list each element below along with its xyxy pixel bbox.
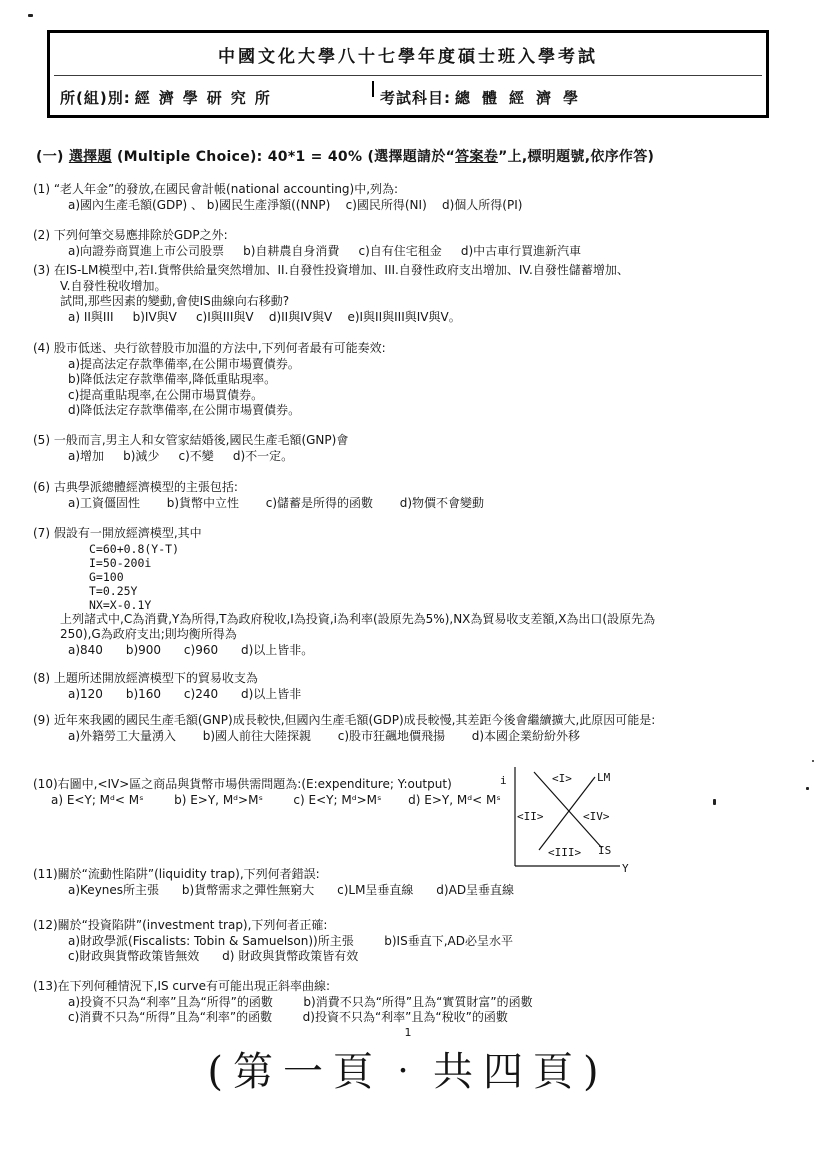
question-3-options: a) II與III b)IV與V c)I與III與V d)II與IV與V e)I… [33,310,791,326]
question-4-stem: (4) 股市低迷、央行欲替股市加溫的方法中,下列何者最有可能奏效: [33,341,791,357]
question-7: (7) 假設有一開放經濟模型,其中 C=60+0.8(Y-T) I=50-200… [33,526,791,658]
question-5-options: a)增加 b)減少 c)不變 d)不一定。 [33,449,791,465]
question-6-options: a)工資僵固性 b)貨幣中立性 c)儲蓄是所得的函數 d)物價不會變動 [33,496,791,512]
question-12-options-row2: c)財政與貨幣政策皆無效 d) 財政與貨幣政策皆有效 [33,949,791,965]
question-10: (10)右圖中,<IV>區之商品與貨幣市場供需問題為:(E:expenditur… [33,777,503,808]
question-11: (11)關於“流動性陷阱”(liquidity trap),下列何者錯誤: a)… [33,867,791,898]
question-7-equation-investment: I=50-200i [33,556,791,570]
question-5: (5) 一般而言,男主人和女管家結婚後,國民生產毛額(GNP)會 a)增加 b)… [33,433,791,464]
region-4-label: <IV> [583,810,610,823]
page-footer: (第一頁‧共四頁) [0,1040,816,1097]
question-7-equation-government: G=100 [33,570,791,584]
question-9-options: a)外籍勞工大量湧入 b)國人前往大陸探親 c)股市狂飆地價飛揚 d)本國企業紛… [33,729,791,745]
question-7-options: a)840 b)900 c)960 d)以上皆非。 [33,643,791,659]
scan-speck [812,760,814,762]
exam-header-box: 中國文化大學八十七學年度碩士班入學考試 所(組)別:經濟學研究所 考試科目:總體… [47,30,769,118]
question-2: (2) 下列何筆交易應排除於GDP之外: a)向證券商買進上市公司股票 b)自耕… [33,228,791,259]
question-4-option-b: b)降低法定存款準備率,降低重貼現率。 [33,372,791,388]
question-9: (9) 近年來我國的國民生產毛額(GNP)成長較快,但國內生產毛額(GDP)成長… [33,713,791,744]
question-7-equation-consumption: C=60+0.8(Y-T) [33,542,791,556]
answer-sheet-underline: 答案卷 [455,149,498,165]
question-7-note: 上列諸式中,C為消費,Y為所得,T為政府稅收,I為投資,i為利率(設原先為5%)… [33,612,791,628]
question-7-equation-netexports: NX=X-0.1Y [33,598,791,612]
header-vertical-separator [372,81,374,97]
region-2-label: <II> [517,810,544,823]
axis-i-label: i [500,774,507,787]
question-1: (1) “老人年金”的發放,在國民會計帳(national accounting… [33,182,791,213]
question-8-stem: (8) 上題所述開放經濟模型下的貿易收支為 [33,671,791,687]
subject-label: 考試科目: [380,89,451,107]
question-8: (8) 上題所述開放經濟模型下的貿易收支為 a)120 b)160 c)240 … [33,671,791,702]
department-value: 經濟學研究所 [131,89,279,107]
question-7-equation-tax: T=0.25Y [33,584,791,598]
is-curve-label: IS [598,844,611,857]
scan-speck [28,14,33,17]
question-7-note-continued: 250),G為政府支出;則均衡所得為 [33,627,791,643]
question-8-options: a)120 b)160 c)240 d)以上皆非 [33,687,791,703]
question-4: (4) 股市低迷、央行欲替股市加溫的方法中,下列何者最有可能奏效: a)提高法定… [33,341,791,419]
question-13-options-row2: c)消費不只為“所得”且為“利率”的函數 d)投資不只為“利率”且為“稅收”的函… [33,1010,791,1026]
question-3: (3) 在IS-LM模型中,若I.貨幣供給量突然增加、II.自發性投資增加、II… [33,263,791,325]
question-12-stem: (12)關於“投資陷阱”(investment trap),下列何者正確: [33,918,791,934]
scan-speck [713,799,716,805]
question-9-stem: (9) 近年來我國的國民生產毛額(GNP)成長較快,但國內生產毛額(GDP)成長… [33,713,791,729]
islm-diagram: i Y LM IS <I> <II> <III> <IV> [498,762,676,878]
region-1-label: <I> [552,772,572,785]
question-1-options: a)國內生產毛額(GDP) 、 b)國民生產淨額((NNP) c)國民所得(NI… [33,198,791,214]
region-3-label: <III> [548,846,581,859]
section-heading: (一) 選擇題 (Multiple Choice): 40*1 = 40% (選… [36,146,654,166]
question-11-stem: (11)關於“流動性陷阱”(liquidity trap),下列何者錯誤: [33,867,791,883]
question-3-prompt: 試問,那些因素的變動,會使IS曲線向右移動? [33,294,791,310]
question-11-options: a)Keynes所主張 b)貨幣需求之彈性無窮大 c)LM呈垂直線 d)AD呈垂… [33,883,791,899]
question-13-options-row1: a)投資不只為“利率”且為“所得”的函數 b)消費不只為“所得”且為“實質財富”… [33,995,791,1011]
section-suffix: ”上,標明題號,依序作答) [498,149,654,165]
section-prefix: (一) [36,149,69,165]
question-3-stem-continued: V.自發性稅收增加。 [33,279,791,295]
question-13-stem: (13)在下列何種情況下,IS curve有可能出現正斜率曲線: [33,979,791,995]
question-5-stem: (5) 一般而言,男主人和女管家結婚後,國民生產毛額(GNP)會 [33,433,791,449]
question-4-option-d: d)降低法定存款準備率,在公開市場賣債券。 [33,403,791,419]
exam-page: 中國文化大學八十七學年度碩士班入學考試 所(組)別:經濟學研究所 考試科目:總體… [0,0,816,1150]
department-label: 所(組)別: [60,89,131,107]
question-10-stem: (10)右圖中,<IV>區之商品與貨幣市場供需問題為:(E:expenditur… [33,777,503,793]
section-title: 選擇題 [69,149,112,165]
section-mid: (Multiple Choice): 40*1 = 40% (選擇題請於“ [112,149,455,165]
question-12-options-row1: a)財政學派(Fiscalists: Tobin & Samuelson))所主… [33,934,791,950]
lm-curve-label: LM [597,771,611,784]
question-1-stem: (1) “老人年金”的發放,在國民會計帳(national accounting… [33,182,791,198]
question-7-stem: (7) 假設有一開放經濟模型,其中 [33,526,791,542]
question-2-stem: (2) 下列何筆交易應排除於GDP之外: [33,228,791,244]
subject-value: 總體經濟學 [451,89,590,107]
question-3-stem: (3) 在IS-LM模型中,若I.貨幣供給量突然增加、II.自發性投資增加、II… [33,263,791,279]
question-12: (12)關於“投資陷阱”(investment trap),下列何者正確: a)… [33,918,791,965]
exam-title: 中國文化大學八十七學年度碩士班入學考試 [50,42,766,67]
question-6: (6) 古典學派總體經濟模型的主張包括: a)工資僵固性 b)貨幣中立性 c)儲… [33,480,791,511]
scan-speck [806,787,809,790]
department-field: 所(組)別:經濟學研究所 [60,87,279,108]
question-13: (13)在下列何種情況下,IS curve有可能出現正斜率曲線: a)投資不只為… [33,979,791,1026]
header-divider [54,75,762,76]
question-2-options: a)向證券商買進上市公司股票 b)自耕農自身消費 c)自有住宅租金 d)中古車行… [33,244,791,260]
question-4-option-a: a)提高法定存款準備率,在公開市場賣債券。 [33,357,791,373]
question-4-option-c: c)提高重貼現率,在公開市場買債券。 [33,388,791,404]
page-number: 1 [0,1026,816,1039]
question-10-options: a) E<Y; Mᵈ< Mˢ b) E>Y, Mᵈ>Mˢ c) E<Y; Mᵈ>… [33,793,503,809]
question-6-stem: (6) 古典學派總體經濟模型的主張包括: [33,480,791,496]
subject-field: 考試科目:總體經濟學 [380,87,590,108]
